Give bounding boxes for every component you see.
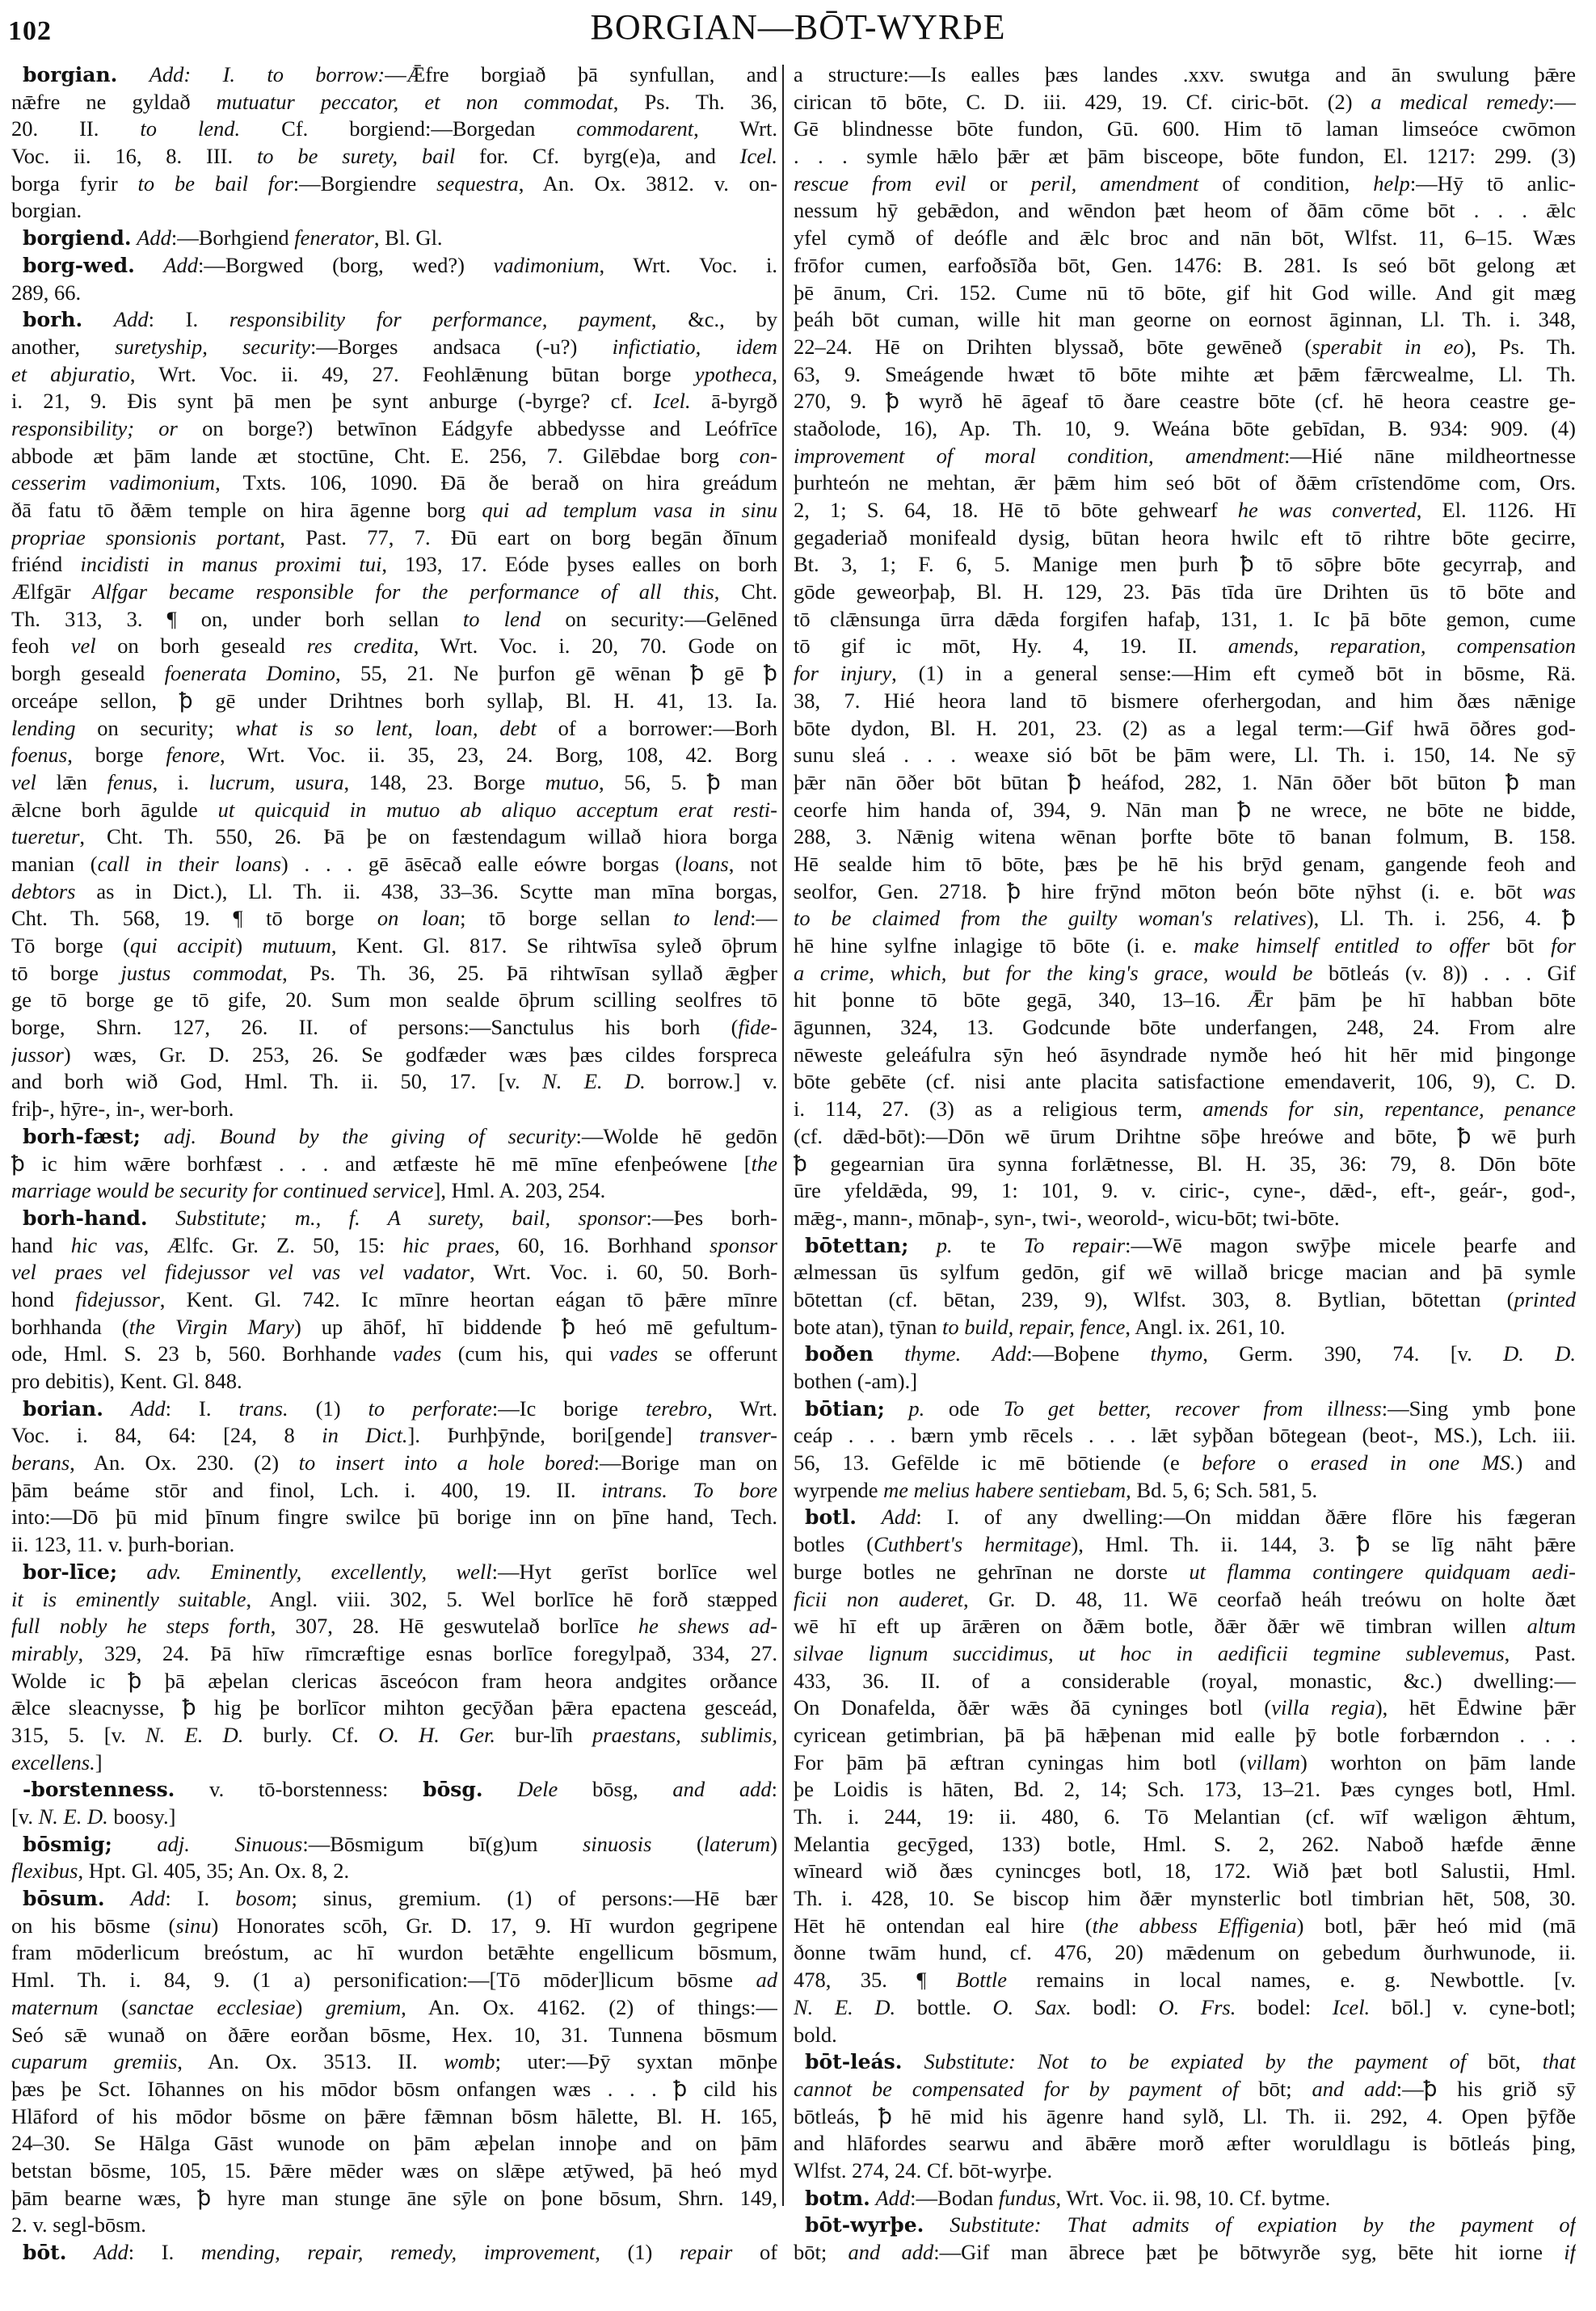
text-run: res credita [307, 634, 414, 658]
text-run: i. 21, 9. Ðis synt þā men þe synt anburg… [11, 389, 653, 413]
text-run [483, 1777, 518, 1801]
text-run: into:—Dō þū mid þīnum fingre swilce þū b… [11, 1505, 777, 1529]
text-run: help [1373, 171, 1410, 196]
text-line: borg-wed. Add:—Borgwed (borg, wed?) vadi… [11, 252, 777, 280]
text-run: , Kent. Gl. 742. Ic mīnre heortan eágan … [160, 1287, 777, 1311]
text-run: botles ( [794, 1532, 874, 1556]
text-run: :—Hyt gerīst borlīce wel [492, 1560, 777, 1584]
text-run: O. H. Ger. [378, 1723, 495, 1747]
text-line: 288, 3. Nǣnig witena wēnan þorfte bōte t… [794, 823, 1576, 851]
text-run: . . . symle hǣlo þǣr æt þām bisceope, bō… [794, 144, 1576, 168]
text-line: 2, 1; S. 64, 18. Hē tō bōte gehwearf he … [794, 497, 1576, 524]
text-run: betstan bōsme, 105, 15. Þǣre mēder wæs o… [11, 2158, 777, 2183]
text-run: me melius habere sentiebam [883, 1478, 1126, 1502]
text-run: :—Boþene [1026, 1341, 1150, 1366]
text-run: hē hine sylfne inlagige tō bōte (i. e. [794, 933, 1194, 958]
text-run: , An. Ox. 3513. II. [177, 2049, 444, 2073]
text-run: staðolode, 16), Ap. Th. 10, 9. Weána bōt… [794, 416, 1576, 440]
text-run: , 329, 24. Þā hīw rīmcræftige esnas borl… [78, 1641, 777, 1665]
text-line: mirably, 329, 24. Þā hīw rīmcræftige esn… [11, 1640, 777, 1668]
text-run: 433, 36. II. of a considerable (royal, m… [794, 1669, 1576, 1693]
text-line: to be claimed from the guilty woman's re… [794, 905, 1576, 932]
text-run: ðonne twām hund, cf. 476, 20) mǣdenum on… [794, 1940, 1576, 1964]
text-run: and hlāfordes searwu and ābǣre morð æfte… [794, 2131, 1576, 2155]
text-run: :—Borgiendre [293, 171, 436, 196]
text-run: trans. [238, 1396, 288, 1421]
headword: bōsmig; [23, 1833, 112, 1856]
text-run [874, 1341, 904, 1366]
text-run: he shews ad- [638, 1614, 777, 1638]
text-run: ælmessan ūs sylfum gedōn, gif wē willað … [794, 1260, 1576, 1284]
text-line: lending on security; what is so lent, lo… [11, 715, 777, 743]
text-run: :—Borige man on [594, 1450, 777, 1475]
text-run: bōt, [1466, 2049, 1543, 2073]
text-run: vel [103, 1260, 165, 1284]
text-run: Seó sǣ wunað on ðǣre eorðan bōsme, Hex. … [11, 2023, 777, 2047]
text-line: ǣlce sleacnysse, ꝥ hig þe borlīcor mihto… [11, 1694, 777, 1722]
text-run: ) and [1516, 1450, 1576, 1475]
text-run: Hlāford of his mōdor bōsme on þǣre fǣmna… [11, 2104, 777, 2128]
text-run: erased in one MS. [1311, 1450, 1516, 1475]
text-run: :—Gif man ābrece þæt þe bōtwyrðe syg, bē… [933, 2240, 1564, 2264]
text-run: : I. [149, 307, 230, 331]
text-line: orceápe sellon, ꝥ gē under Drihtnes borh… [11, 688, 777, 715]
text-run: , El. 1126. Hī [1417, 498, 1576, 522]
text-run: laterum [704, 1832, 770, 1856]
right-column: a structure:—Is ealles þæs landes .xxv. … [794, 61, 1576, 2267]
text-run: a structure:—Is ealles þæs landes .xxv. … [794, 62, 1576, 86]
text-run [112, 1832, 158, 1856]
text-run: gremium [326, 1995, 401, 2019]
headword: botl. [805, 1505, 857, 1529]
text-run [117, 62, 149, 86]
text-run: nessum hȳ gebǣdon, and wēndon þæt heom o… [794, 198, 1576, 222]
text-line: 56, 13. Gefēlde ic mē bōtiende (e before… [794, 1450, 1576, 1477]
text-run: sanctae ecclesiae [128, 1995, 296, 2019]
text-run: ut quicquid in mutuo ab aliquo acceptum … [218, 798, 777, 822]
text-run: it is eminently suitable [11, 1587, 246, 1611]
text-run: :—Ic borige [492, 1396, 646, 1421]
text-line: borh. Add: I. responsibility for perform… [11, 306, 777, 334]
text-run: ; tō borge sellan [460, 906, 673, 930]
text-run: Cuthbert's hermitage [874, 1532, 1071, 1556]
text-line: bothen (-am).] [794, 1368, 1576, 1395]
text-run: , An. Ox. 230. (2) [69, 1450, 299, 1475]
text-line: hand hic vas, Ælfc. Gr. Z. 50, 15: hic p… [11, 1232, 777, 1260]
text-run: to lend. [140, 116, 240, 141]
text-run: burge botles ne gehrīnan ne dorste [794, 1560, 1189, 1584]
text-line: borga fyrir to be bail for:—Borgiendre s… [11, 170, 777, 198]
text-run: burly. Cf. [243, 1723, 378, 1747]
text-line: another, suretyship, security:—Borges an… [11, 334, 777, 361]
text-line: hit þonne tō bōte gegā, 340, 13–16. Ǣr þ… [794, 987, 1576, 1014]
text-run: adj. Sinuous [157, 1832, 302, 1856]
text-run: lending [11, 716, 76, 740]
text-run: orceápe sellon, ꝥ gē under Drihtnes borh… [11, 688, 777, 713]
text-run: hond [11, 1287, 75, 1311]
text-run: ], Hml. A. 203, 254. [434, 1178, 606, 1202]
text-run: to be claimed from the guilty woman's re… [794, 906, 1307, 930]
text-run: the Virgin Mary [129, 1315, 294, 1339]
text-line: Voc. i. 84, 64: [24, 8 in Dict.]. Þurhþȳ… [11, 1422, 777, 1450]
text-run: Substitute: That admits of expiation by … [950, 2212, 1576, 2237]
text-line: betstan bōsme, 105, 15. Þǣre mēder wæs o… [11, 2157, 777, 2185]
text-run: :—Hié nāne mildheortnesse [1284, 444, 1576, 468]
text-run: vas [312, 1260, 340, 1284]
text-line: Voc. ii. 16, 8. III. to be surety, bail … [11, 143, 777, 170]
text-line: berans, An. Ox. 230. (2) to insert into … [11, 1450, 777, 1477]
text-run: hit þonne tō bōte gegā, 340, 13–16. Ǣr þ… [794, 987, 1576, 1012]
text-run: a medical remedy [1371, 90, 1548, 114]
text-run: D. D. [1503, 1341, 1576, 1366]
text-run: ǣlce sleacnysse, ꝥ hig þe borlīcor mihto… [11, 1695, 777, 1720]
text-line: ficii non auderet, Gr. D. 48, 11. Wē ceo… [794, 1586, 1576, 1614]
text-line: bōtettan (cf. bētan, 239, 9), Wlfst. 303… [794, 1286, 1576, 1314]
text-line: 478, 35. ¶ Bottle remains in local names… [794, 1967, 1576, 1994]
text-run: for. Cf. byrg(e)a, and [455, 144, 739, 168]
text-run: of condition, [1198, 171, 1373, 196]
text-run: wyrpende [794, 1478, 883, 1502]
text-run: , Hpt. Gl. 405, 35; An. Ox. 8, 2. [78, 1858, 349, 1883]
text-run: yfel cymð of deófle and ǣlc broc and nān… [794, 225, 1576, 250]
text-line: borgian. [11, 197, 777, 225]
text-run: call in their loans [98, 852, 281, 876]
text-run: þē ānum, Cri. 152. Cume nū tō bōte, gif … [794, 280, 1576, 305]
text-run: :—Þes borh- [646, 1206, 777, 1230]
text-run: Th. i. 428, 10. Se biscop him ðǣr mynste… [794, 1886, 1576, 1910]
text-line: mǣg-, mann-, mōnaþ-, syn-, twi-, weorold… [794, 1205, 1576, 1232]
text-line: yfel cymð of deófle and ǣlc broc and nān… [794, 225, 1576, 252]
text-line: . . . symle hǣlo þǣr æt þām bisceope, bō… [794, 143, 1576, 170]
text-run: :—Sing ymb þone [1382, 1396, 1576, 1421]
headword: bor-līce; [23, 1560, 117, 1584]
text-run: mǣg-, mann-, mōnaþ-, syn-, twi-, weorold… [794, 1206, 1340, 1230]
text-line: gōde geweorþaþ, Bl. H. 129, 23. Þās tīda… [794, 579, 1576, 606]
text-run: 2, 1; S. 64, 18. Hē tō bōte gehwearf [794, 498, 1238, 522]
text-run: to build, repair, fence [942, 1315, 1125, 1339]
text-line: vel lǣn fenus, i. lucrum, usura, 148, 23… [11, 769, 777, 797]
text-run: vades [609, 1341, 658, 1366]
text-run: To repair [1024, 1233, 1125, 1257]
text-run: , Wrt. Voc. ii. 35, 23, 24. Borg, 108, 4… [220, 743, 777, 767]
text-run: :—ꝥ his grið sȳ [1396, 2077, 1576, 2101]
text-line: i. 114, 27. (3) as a religious term, ame… [794, 1096, 1576, 1123]
text-line: 433, 36. II. of a considerable (royal, m… [794, 1668, 1576, 1695]
text-run: and add [1312, 2077, 1396, 2101]
text-run: excellens. [11, 1750, 95, 1774]
text-line: friþ-, hȳre-, in-, wer-borh. [11, 1096, 777, 1123]
text-run: , Txts. 106, 1090. Ðā ðe berað on hira g… [215, 470, 777, 495]
text-run: remains in local names, e. g. Newbottle.… [1007, 1968, 1576, 1992]
text-run: what is so lent, loan, debt [236, 716, 537, 740]
text-run: , Angl. ix. 261, 10. [1125, 1315, 1285, 1339]
text-line: 20. II. to lend. Cf. borgiend:—Borgedan … [11, 116, 777, 143]
text-run: v. tō-borstenness: [175, 1777, 423, 1801]
text-run: bōt; [1239, 2077, 1312, 2101]
text-run: to perforate [368, 1396, 492, 1421]
text-run: loans [682, 852, 728, 876]
text-run: te [953, 1233, 1024, 1257]
text-line: bote atan), tȳnan to build, repair, fenc… [794, 1314, 1576, 1341]
text-run: a crime, which, but for the king's grace… [794, 961, 1312, 985]
text-run: altum [1527, 1614, 1576, 1638]
headword: bōt-leás. [805, 2050, 902, 2073]
text-run: , borge [67, 743, 166, 767]
text-run: repair [680, 2240, 732, 2264]
text-run: bold. [794, 2023, 837, 2047]
text-line: 270, 9. ꝥ wyrð hē āgeaf tō ðare ceastre … [794, 388, 1576, 415]
text-line: ode, Hml. S. 23 b, 560. Borhhande vades … [11, 1341, 777, 1368]
text-line: bold. [794, 2022, 1576, 2049]
headword: borian. [23, 1397, 103, 1421]
text-run: bōt; [794, 2240, 849, 2264]
text-run: ā-byrgð [691, 389, 777, 413]
text-run: terebro [646, 1396, 707, 1421]
text-run: commodarent [576, 116, 693, 141]
text-line: cuparum gremiis, An. Ox. 3513. II. womb;… [11, 2048, 777, 2076]
text-line: foenus, borge fenore, Wrt. Voc. ii. 35, … [11, 742, 777, 769]
text-run: borga fyrir [11, 171, 138, 196]
text-run: þeáh bōt cuman, wille hit man georne on … [794, 307, 1576, 331]
text-run: , 55, 21. Ne þurfon gē wēnan ꝥ gē ꝥ [335, 661, 777, 685]
text-line: it is eminently suitable, Angl. viii. 30… [11, 1586, 777, 1614]
text-run: ) worhton on þām lande [1300, 1750, 1576, 1774]
text-run: o [1256, 1450, 1311, 1475]
text-run: bōtleás, ꝥ hē mid his āgenre hand sylð, … [794, 2104, 1576, 2128]
text-run: Add: I. to borrow: [149, 62, 385, 86]
text-run: sinuosis [583, 1832, 651, 1856]
text-run: intrans. To bore [601, 1478, 777, 1502]
text-run: gōde geweorþaþ, Bl. H. 129, 23. Þās tīda… [794, 579, 1576, 604]
text-run: vadimonium [494, 253, 600, 277]
text-line: 24–30. Se Hālga Gāst wunode on þām æþela… [11, 2130, 777, 2157]
text-run: on borge?) betwīnon Eádgyfe abbedysse an… [178, 416, 777, 440]
text-run: the abbess Effigenia [1093, 1913, 1297, 1938]
text-run [117, 1560, 146, 1584]
text-run: as in Dict.), Ll. Th. ii. 438, 33–36. Sc… [76, 879, 778, 903]
headword: bōsum. [23, 1887, 105, 1910]
text-run: N. E. D. [542, 1069, 646, 1093]
text-run: bōl.] v. cyne-botl; [1370, 1995, 1576, 2019]
text-run: Th. i. 244, 19: ii. 480, 6. Tō Melantian… [794, 1804, 1576, 1829]
text-line: cesserim vadimonium, Txts. 106, 1090. Ðā… [11, 469, 777, 497]
text-line: excellens.] [11, 1749, 777, 1777]
text-run: Tō borge ( [11, 933, 130, 958]
text-run: bottle. [895, 1995, 992, 2019]
text-line: seolfor, Gen. 2718. ꝥ hire frȳnd mōton b… [794, 878, 1576, 906]
text-run: fenerator [294, 225, 374, 250]
text-run: N. E. D. [145, 1723, 243, 1747]
text-line: ūre yfeldǣda, 99, 1: 101, 9. v. ciric-, … [794, 1177, 1576, 1205]
text-run: manian ( [11, 852, 98, 876]
text-run: Icel. [740, 144, 777, 168]
text-run: to lend [673, 906, 750, 930]
text-run [857, 1505, 882, 1529]
text-run [82, 307, 114, 331]
text-run: ( [651, 1832, 703, 1856]
text-line: Th. i. 428, 10. Se biscop him ðǣr mynste… [794, 1885, 1576, 1913]
text-run [885, 1396, 909, 1421]
text-line: cirican tō bōte, C. D. iii. 429, 19. Cf.… [794, 89, 1576, 116]
text-line: bōt-leás. Substitute: Not to be expiated… [794, 2048, 1576, 2076]
text-run: (cf. dǣd-bōt):—Dōn wē ūrum Drihtne sōþe … [794, 1124, 1576, 1148]
text-run: borrow.] v. [646, 1069, 777, 1093]
text-line: bōtian; p. ode To get better, recover fr… [794, 1395, 1576, 1423]
text-run: Add [94, 2240, 128, 2264]
text-run: wīneard wið ðæs cynincges botl, 18, 172.… [794, 1858, 1576, 1883]
text-run: tō clǣnsunga ūrra dǣda forgifen hafaþ, 1… [794, 607, 1576, 631]
text-line: Gē blindnesse bōte fundon, Gū. 600. Him … [794, 116, 1576, 143]
text-run: sunu sleá . . . weaxe sió bōt be þām wer… [794, 743, 1576, 767]
text-run: , Kent. Gl. 817. Se rihtwīsa syleð ōþrum [331, 933, 777, 958]
text-run: (1) [288, 1396, 368, 1421]
text-line: i. 21, 9. Ðis synt þā men þe synt anburg… [11, 388, 777, 415]
headword: bōsg. [423, 1778, 482, 1801]
text-run: infictiatio, idem [613, 335, 777, 359]
text-run: jussor [11, 1042, 64, 1067]
text-run: cuparum gremiis [11, 2049, 177, 2073]
text-run: for injury [794, 661, 891, 685]
text-run: : I. [128, 2240, 201, 2264]
text-run: fenore [166, 743, 220, 767]
text-line: borgh geseald foenerata Domino, 55, 21. … [11, 660, 777, 688]
text-run: , Wrt. Voc. ii. 98, 10. Cf. bytme. [1056, 2186, 1331, 2210]
text-run: 288, 3. Nǣnig witena wēnan þorfte bōte t… [794, 824, 1576, 848]
text-line: botles (Cuthbert's hermitage), Hml. Th. … [794, 1531, 1576, 1559]
text-run: ode [924, 1396, 1003, 1421]
text-run: , Wrt. Voc. ii. 49, 27. Feohlǣnung būtan… [130, 362, 695, 386]
text-run: Add [163, 253, 198, 277]
text-run: marriage would be security for continued… [11, 1178, 434, 1202]
text-run: and add [672, 1777, 771, 1801]
text-run: tō borge [11, 961, 120, 985]
text-line: for injury, (1) in a general sense:—Him … [794, 660, 1576, 688]
text-run: :— [750, 906, 777, 930]
text-run: sinu [175, 1913, 211, 1938]
text-run: to be surety, bail [257, 144, 455, 168]
text-run: qui accipit [130, 933, 235, 958]
text-run: propriae sponsionis portant [11, 525, 280, 549]
text-line: ðā fatu tō ðǣm temple on hira āgenne bor… [11, 497, 777, 524]
text-run: bodl: [1072, 1995, 1159, 2019]
text-run: 20. II. [11, 116, 140, 141]
text-run: , Wrt. [707, 1396, 777, 1421]
text-run: frōfor cumen, earfoðsīða bōt, Gen. 1476:… [794, 253, 1576, 277]
text-run: cyricean getimbrian, þā þā hǣþenan mid e… [794, 1723, 1576, 1747]
text-run: amends for sin, repentance, penance [1202, 1097, 1576, 1121]
text-line: ꝥ gegearnian ūra synna forlǣtnesse, Bl. … [794, 1151, 1576, 1178]
text-run: 270, 9. ꝥ wyrð hē āgeaf tō ðare ceastre … [794, 389, 1576, 413]
text-run: vades [393, 1341, 441, 1366]
text-run: i. 114, 27. (3) as a religious term, [794, 1097, 1202, 1121]
text-line: N. E. D. bottle. O. Sax. bodl: O. Frs. b… [794, 1994, 1576, 2022]
text-line: borge, Shrn. 127, 26. II. of persons:—Sa… [11, 1014, 777, 1042]
text-line: rescue from evil or peril, amendment of … [794, 170, 1576, 198]
text-run: , (1) in a general sense:—Him eft cymeð … [891, 661, 1576, 685]
text-run: praes [55, 1260, 103, 1284]
text-run: cesserim vadimonium [11, 470, 215, 495]
text-run: ficii non auderet [794, 1587, 963, 1611]
text-run: ǣlcne borh āgulde [11, 798, 218, 822]
headword: borh-fæst; [23, 1125, 141, 1148]
text-run: Substitute; m., f. A surety, bail, spons… [175, 1206, 646, 1230]
text-line: 63, 9. Smeágende hwæt tō bōte mihte æt þ… [794, 361, 1576, 389]
text-run: Substitute: Not to be expiated by the pa… [924, 2049, 1466, 2073]
text-run: ode, Hml. S. 23 b, 560. Borhhande [11, 1341, 393, 1366]
text-run: responsibility for performance, payment [230, 307, 651, 331]
text-line: wīneard wið ðæs cynincges botl, 18, 172.… [794, 1858, 1576, 1885]
text-run: Add [131, 1886, 166, 1910]
text-line: Tō borge (qui accipit) mutuum, Kent. Gl.… [11, 932, 777, 960]
text-run: Hml. Th. i. 84, 9. (1 a) personification… [11, 1968, 756, 1992]
text-line: Th. i. 244, 19: ii. 480, 6. Tō Melantian… [794, 1804, 1576, 1831]
text-run: , Ps. Th. 36, [613, 90, 777, 114]
text-run: Dele [517, 1777, 558, 1801]
text-run: —Ǣfre borgiað þā synfullan, and [385, 62, 777, 86]
text-line: Melantia gecȳged, 133) botle, Hml. S. 2,… [794, 1831, 1576, 1858]
text-run: ] [95, 1750, 103, 1774]
text-line: þǣr nān ōðer bōt būtan ꝥ heáfod, 282, 1.… [794, 769, 1576, 797]
text-run: ceorfe him handa of, 394, 9. Nān man ꝥ n… [794, 798, 1576, 822]
text-line: flexibus, Hpt. Gl. 405, 35; An. Ox. 8, 2… [11, 1858, 777, 1885]
text-line: bōte dydon, Bl. H. 201, 23. (2) as a leg… [794, 715, 1576, 743]
text-run [961, 1341, 992, 1366]
text-run: hic vas [71, 1233, 144, 1257]
text-run: Alfgar became responsible for the perfor… [92, 579, 714, 604]
text-run: 478, 35. ¶ [794, 1968, 956, 1992]
text-run: :—Wē magon swȳþe micele þearfe and [1125, 1233, 1576, 1257]
text-run: , &c., by [651, 307, 777, 331]
headword: borg-wed. [23, 254, 135, 277]
text-run: þām bearne wæs, ꝥ hyre man stunge āne sȳ… [11, 2186, 777, 2210]
text-run: before [1202, 1450, 1256, 1475]
text-run: bōsg, [558, 1777, 672, 1801]
text-run: womb [444, 2049, 495, 2073]
text-line: borh-fæst; adj. Bound by the giving of s… [11, 1123, 777, 1151]
text-run: , 56, 5. ꝥ man [599, 770, 777, 794]
text-run: 289, 66. [11, 280, 81, 305]
text-run: of a borrower:—Borh [537, 716, 777, 740]
text-run: foenerata Domino [165, 661, 335, 685]
text-run: vel [71, 634, 96, 658]
text-line: on his bōsme (sinu) Honorates scōh, Gr. … [11, 1913, 777, 1940]
text-run: on security:—Gelēned [541, 607, 777, 631]
text-run: silvae lignum succidimus, ut hoc in aedi… [794, 1641, 1505, 1665]
text-run: fenus [107, 770, 153, 794]
text-line: hē hine sylfne inlagige tō bōte (i. e. m… [794, 932, 1576, 960]
text-line: tueretur, Cht. Th. 550, 26. Þā þe on fæs… [11, 823, 777, 851]
text-line: cannot be compensated for by payment of … [794, 2076, 1576, 2103]
text-run: bur-līh [495, 1723, 592, 1747]
text-run: Voc. ii. 16, 8. III. [11, 144, 257, 168]
text-run: friénd [11, 552, 80, 576]
text-run: justus commodat [120, 961, 282, 985]
text-run: , Gr. D. 48, 11. Wē ceorfað heáh treówu … [963, 1587, 1576, 1611]
text-line: full nobly he steps forth, 307, 28. Hē g… [11, 1613, 777, 1640]
text-line: ðonne twām hund, cf. 476, 20) mǣdenum on… [794, 1939, 1576, 1967]
text-run: sperabit in eo [1312, 335, 1463, 359]
text-run: villa regia [1271, 1695, 1375, 1720]
text-line: cyricean getimbrian, þā þā hǣþenan mid e… [794, 1722, 1576, 1749]
text-run: adv. Eminently, excellently, well [146, 1560, 491, 1584]
text-run: vel [11, 1260, 55, 1284]
text-run: praestans, sublimis, [592, 1723, 777, 1747]
text-run: lucrum, usura [209, 770, 344, 794]
text-run: ( [98, 1995, 128, 2019]
text-line: bōt. Add: I. mending, repair, remedy, im… [11, 2239, 777, 2267]
text-run: , Ps. Th. 36, 25. Þā rihtwīsan syllað ǣg… [282, 961, 777, 985]
text-run: mutuatur peccator, et non commodat [217, 90, 613, 114]
